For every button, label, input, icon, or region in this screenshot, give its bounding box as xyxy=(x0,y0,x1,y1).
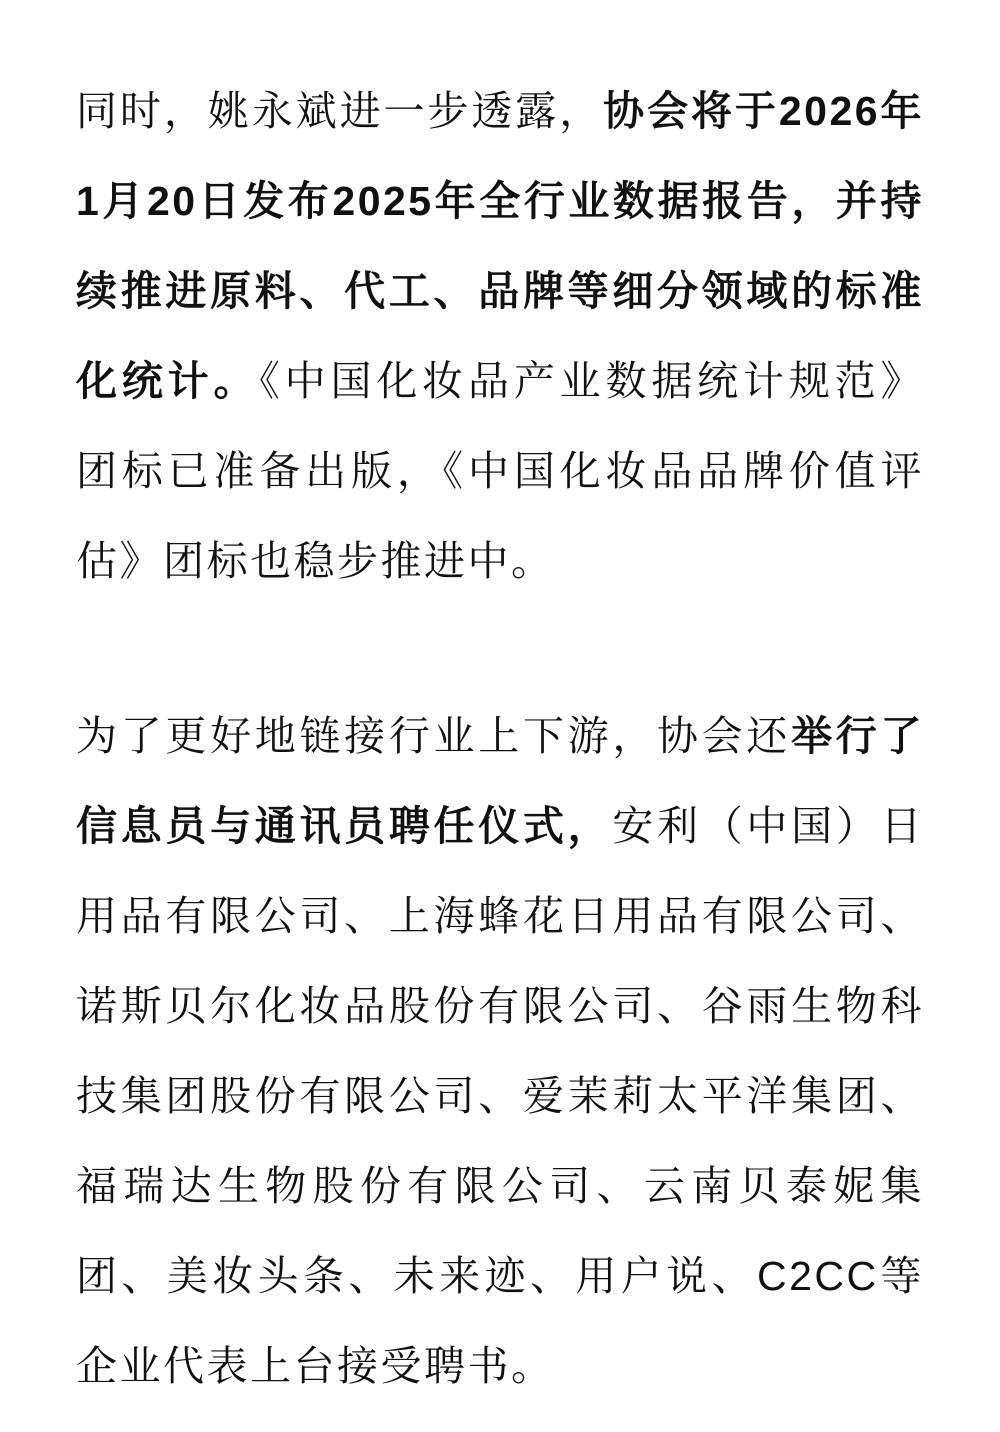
article-paragraph-1: 同时，姚永斌进一步透露，协会将于2026年1月20日发布2025年全行业数据报告… xyxy=(76,66,924,606)
article-paragraph-2: 为了更好地链接行业上下游，协会还举行了信息员与通讯员聘任仪式，安利（中国）日用品… xyxy=(76,691,924,1411)
bold-text-run: 协会将于2026年1月20日发布2025年全行业数据报告，并持续推进原料、代工、… xyxy=(76,88,924,404)
text-run: 为了更好地链接行业上下游，协会还 xyxy=(76,713,791,759)
text-run: 安利（中国）日用品有限公司、上海蜂花日用品有限公司、诺斯贝尔化妆品股份有限公司、… xyxy=(76,803,924,1389)
text-run: 同时，姚永斌进一步透露， xyxy=(76,88,603,134)
article-page: 同时，姚永斌进一步透露，协会将于2026年1月20日发布2025年全行业数据报告… xyxy=(0,0,1000,1432)
